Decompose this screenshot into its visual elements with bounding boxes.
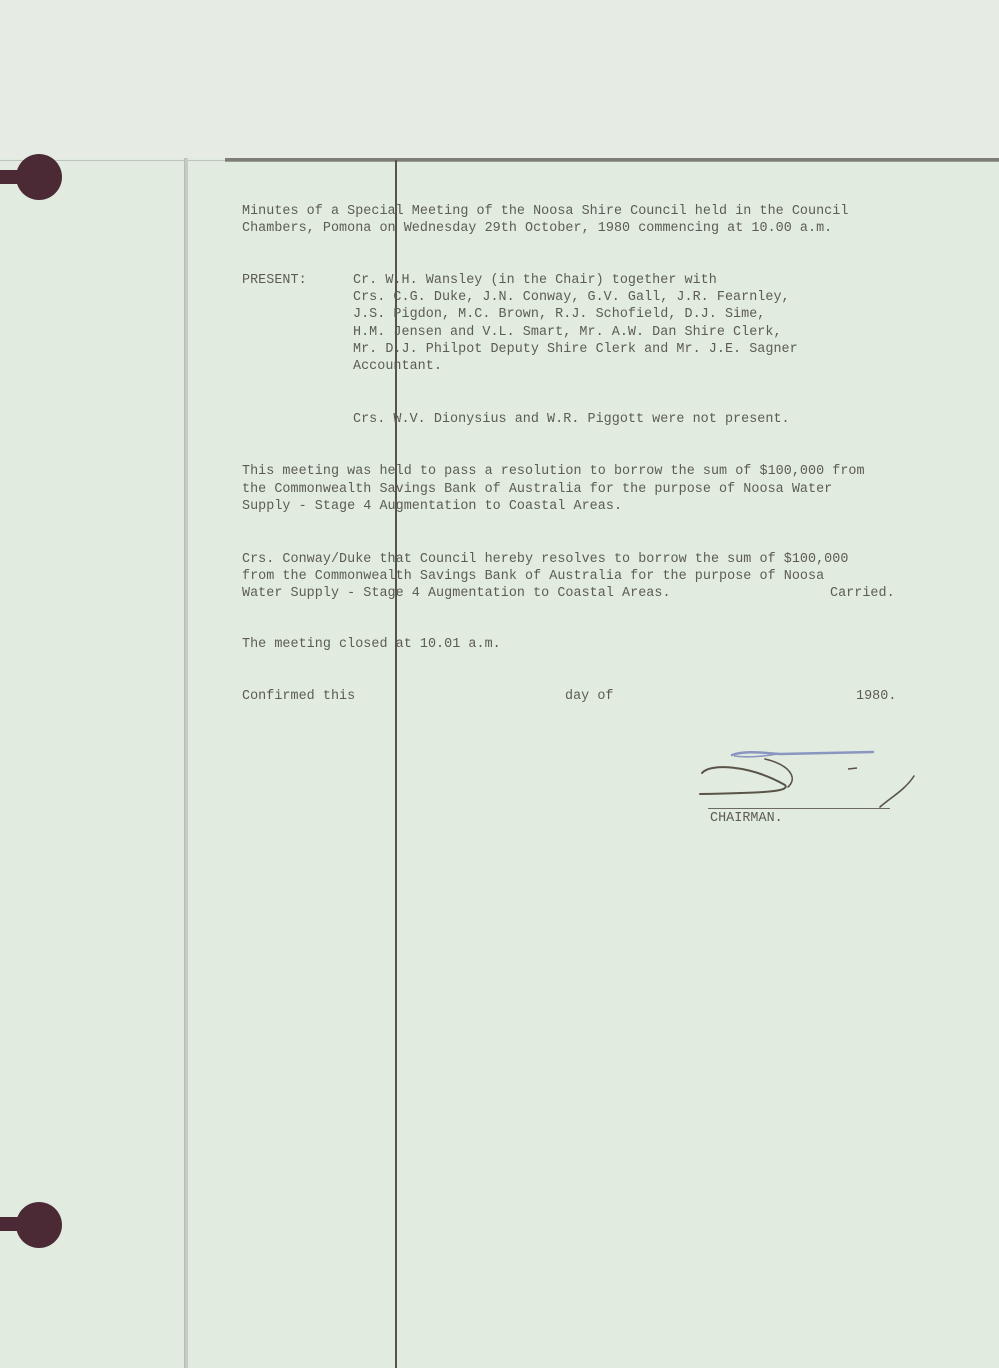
confirmed-prefix: Confirmed this: [242, 688, 355, 705]
present-line-2: Crs. C.G. Duke, J.N. Conway, G.V. Gall, …: [353, 289, 790, 306]
punch-hole-bottom: [16, 1202, 62, 1248]
confirmed-year: 1980.: [856, 688, 896, 705]
purpose-line-1: This meeting was held to pass a resoluti…: [242, 463, 865, 480]
signature-line: [708, 808, 890, 809]
present-label: PRESENT:: [242, 272, 307, 289]
present-line-6: Accountant.: [353, 358, 442, 375]
present-line-4: H.M. Jensen and V.L. Smart, Mr. A.W. Dan…: [353, 324, 782, 341]
resolution-line-3: Water Supply - Stage 4 Augmentation to C…: [242, 585, 671, 602]
confirmed-day-of: day of: [565, 688, 614, 705]
present-line-3: J.S. Pigdon, M.C. Brown, R.J. Schofield,…: [353, 306, 765, 323]
paper-top-band: [0, 0, 999, 158]
title-line-2: Chambers, Pomona on Wednesday 29th Octob…: [242, 220, 832, 237]
header-rule-right: [225, 158, 999, 162]
present-line-1: Cr. W.H. Wansley (in the Chair) together…: [353, 272, 717, 289]
resolution-status: Carried.: [830, 585, 895, 602]
closing-line: The meeting closed at 10.01 a.m.: [242, 636, 501, 653]
resolution-line-2: from the Commonwealth Savings Bank of Au…: [242, 568, 824, 585]
resolution-line-1: Crs. Conway/Duke that Council hereby res…: [242, 551, 848, 568]
punch-hole-top: [16, 154, 62, 200]
purpose-line-2: the Commonwealth Savings Bank of Austral…: [242, 481, 832, 498]
margin-line: [184, 158, 188, 1368]
present-line-5: Mr. D.J. Philpot Deputy Shire Clerk and …: [353, 341, 798, 358]
purpose-line-3: Supply - Stage 4 Augmentation to Coastal…: [242, 498, 622, 515]
absent-line: Crs. W.V. Dionysius and W.R. Piggott wer…: [353, 411, 790, 428]
chairman-title: CHAIRMAN.: [710, 810, 783, 827]
chairman-signature: [690, 745, 920, 815]
title-line-1: Minutes of a Special Meeting of the Noos…: [242, 203, 848, 220]
